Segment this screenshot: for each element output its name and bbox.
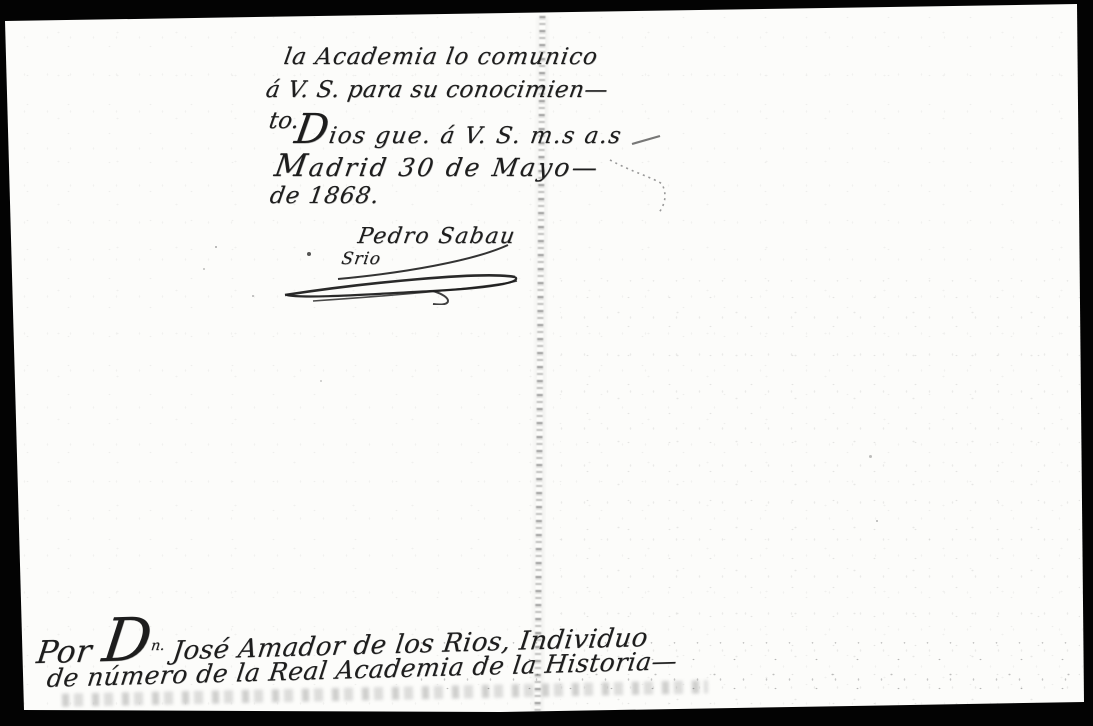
ink-speck <box>203 268 205 270</box>
ink-speck <box>876 520 878 522</box>
paper-page-spread: la Academia lo comunico á V. S. para su … <box>0 0 1093 726</box>
ink-speck <box>307 252 311 256</box>
scanned-document: la Academia lo comunico á V. S. para su … <box>0 0 1093 726</box>
ink-speck <box>869 455 872 458</box>
ink-speck <box>252 295 254 297</box>
attribution-note: Por Dn. José Amador de los Rios, Individ… <box>0 0 1093 726</box>
ink-speck <box>320 380 322 382</box>
ink-speck <box>215 246 217 248</box>
